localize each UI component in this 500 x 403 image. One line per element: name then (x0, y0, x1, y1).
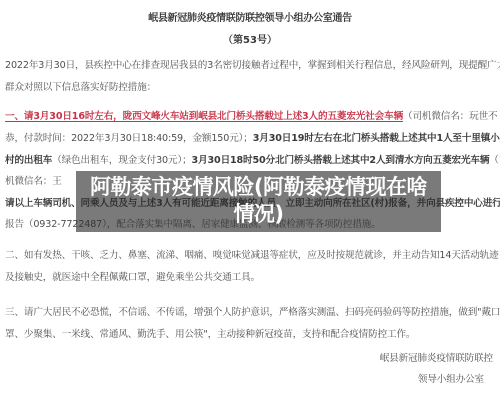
text-run: 及接触史，就医途中全程佩戴口罩，避免乘坐公共交通工具。 (5, 272, 260, 283)
text-run: （司机微信名：玩世不 (403, 111, 497, 122)
text-run: 2022年3月30日，县疾控中心在排查现居我县的3名密切接触者过程中，掌握到相关… (5, 60, 500, 71)
text-line: 2022年3月30日，县疾控中心在排查现居我县的3名密切接触者过程中，掌握到相关… (5, 60, 500, 71)
text-line: 一、请3月30日16时左右，陇西文峰火车站到岷县北门桥头搭载过上述3人的五菱宏光… (5, 111, 497, 122)
text-run: 机微信名：王 (5, 176, 62, 187)
overlay-title-line-2: 情况) (76, 201, 441, 228)
text-line: 群众对照以下信息落实好防控措施： (5, 82, 156, 93)
notice-issue-number: （第53号） (0, 31, 500, 46)
text-run: （司 (489, 155, 500, 166)
text-line: 三、请广大居民不必恐慌，不信谣、不传谣，增强个人防护意识，严格落实测温、扫码亮码… (5, 307, 500, 318)
text-run: 罩、少聚集、一米线、常通风、勤洗手、用公筷"，主动接种新冠疫苗，支持和配合疫情防… (5, 329, 415, 340)
text-run-bold: 3月30日18时50分北门桥头搭载上述其中2人到清水方向五菱宏光车辆 (192, 155, 490, 166)
text-line: 罩、少聚集、一米线、常通风、勤洗手、用公筷"，主动接种新冠疫苗，支持和配合疫情防… (5, 329, 415, 340)
text-line: 村的出租车（绿色出租车，现金支付30元）；3月30日18时50分北门桥头搭载上述… (5, 155, 500, 166)
text-run: 二、如有发热、干咳、乏力、鼻塞、流涕、咽痛、嗅觉味觉减退等症状，应及时按规范就诊… (5, 250, 499, 261)
signature-line-1: 岷县新冠肺炎疫情联防联控 (380, 350, 493, 364)
text-run-bold: 村的出租车 (5, 155, 52, 166)
text-run-highlight: 一、请3月30日16时左右，陇西文峰火车站到岷县北门桥头搭载过上述3人的五菱宏光… (5, 111, 403, 122)
text-line: 及接触史，就医途中全程佩戴口罩，避免乘坐公共交通工具。 (5, 272, 260, 283)
text-run: 恭，付款时间：2022年3月30日18:40:59，金额150元）； (5, 133, 253, 144)
text-line: 恭，付款时间：2022年3月30日18:40:59，金额150元）；3月30日1… (5, 133, 500, 144)
notice-title: 岷县新冠肺炎疫情联防联控领导小组办公室通告 (0, 9, 500, 24)
text-run: 三、请广大居民不必恐慌，不信谣、不传谣，增强个人防护意识，严格落实测温、扫码亮码… (5, 307, 500, 318)
text-run-bold: 3月30日19时左右在北门桥头搭载上述其中1人至十里镇小龙 (253, 133, 500, 144)
text-run: 群众对照以下信息落实好防控措施： (5, 82, 156, 93)
overlay-title-line-1: 阿勒泰市疫情风险(阿勒泰疫情现在啥 (76, 174, 441, 201)
text-line: 机微信名：王 (5, 176, 62, 187)
text-run: （绿色出租车，现金支付30元）； (52, 155, 191, 166)
signature-line-2: 领导小组办公室 (418, 371, 484, 385)
text-line: 二、如有发热、干咳、乏力、鼻塞、流涕、咽痛、嗅觉味觉减退等症状，应及时按规范就诊… (5, 250, 499, 261)
overlay-title-banner: 阿勒泰市疫情风险(阿勒泰疫情现在啥 情况) (76, 171, 441, 232)
